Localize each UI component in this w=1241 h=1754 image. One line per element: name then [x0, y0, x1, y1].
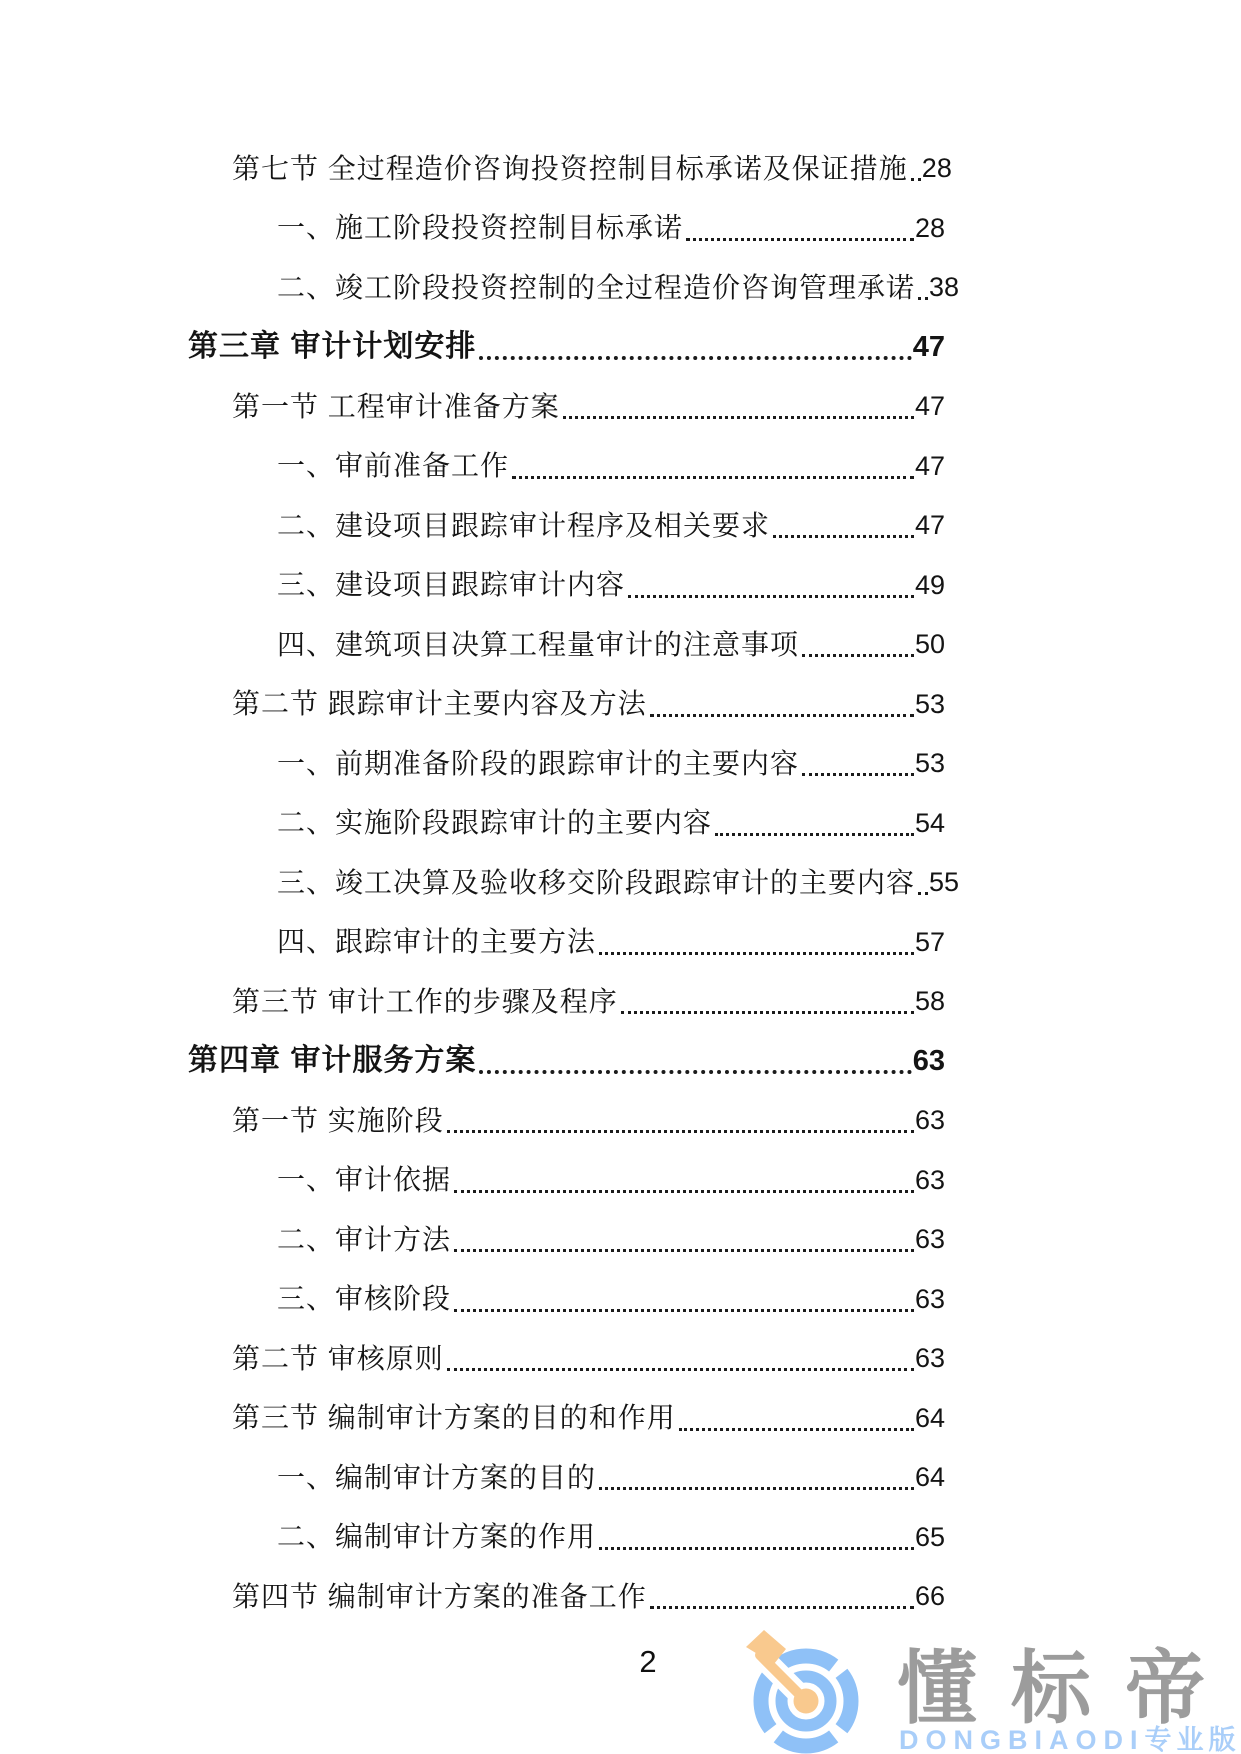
toc-entry[interactable]: 二、竣工阶段投资控制的全过程造价咨询管理承诺 38 — [188, 258, 945, 318]
toc-entry-page: 54 — [915, 810, 945, 837]
toc-entry-page: 57 — [915, 929, 945, 956]
toc-entry-page: 49 — [915, 572, 945, 599]
page-number: 2 — [628, 1644, 668, 1680]
toc-entry-page: 47 — [913, 333, 945, 362]
toc-entry-title: 一、施工阶段投资控制目标承诺 — [277, 214, 683, 242]
dot-leader — [911, 178, 921, 181]
brand-subtitle: DONGBIAODI专业版 — [899, 1727, 1241, 1754]
dot-leader — [650, 1606, 914, 1609]
toc-entry[interactable]: 三、建设项目跟踪审计内容 49 — [188, 556, 945, 616]
brand-name: 懂标帝 — [897, 1649, 1239, 1729]
dot-leader — [599, 1487, 914, 1490]
toc-entry-title: 一、编制审计方案的目的 — [277, 1464, 596, 1492]
toc-entry-title: 第二节 跟踪审计主要内容及方法 — [232, 690, 647, 718]
toc-entry-page: 58 — [915, 988, 945, 1015]
toc-entry-page: 28 — [922, 155, 952, 182]
toc-entry-page: 63 — [915, 1345, 945, 1372]
toc-entry[interactable]: 一、编制审计方案的目的 64 — [188, 1448, 945, 1508]
toc-entry-title: 第三节 编制审计方案的目的和作用 — [232, 1404, 676, 1432]
dot-leader — [802, 654, 914, 657]
toc-entry-page: 47 — [915, 453, 945, 480]
dot-leader — [454, 1309, 914, 1312]
toc-entry[interactable]: 第一节 实施阶段 63 — [188, 1091, 945, 1151]
toc-entry-title: 三、竣工决算及验收移交阶段跟踪审计的主要内容 — [277, 869, 915, 897]
toc-entry[interactable]: 二、编制审计方案的作用 65 — [188, 1508, 945, 1568]
dot-leader — [802, 773, 914, 776]
toc-entry-page: 55 — [929, 869, 959, 896]
toc-entry[interactable]: 四、跟踪审计的主要方法 57 — [188, 913, 945, 973]
dot-leader — [479, 1070, 911, 1074]
toc-entry[interactable]: 第三章 审计计划安排 47 — [188, 318, 945, 378]
toc-entry-page: 50 — [915, 631, 945, 658]
toc-entry-page: 28 — [915, 215, 945, 242]
toc-entry-title: 二、实施阶段跟踪审计的主要内容 — [277, 809, 712, 837]
toc-entry-title: 第三节 审计工作的步骤及程序 — [232, 988, 618, 1016]
toc-entry-title: 第四章 审计服务方案 — [188, 1046, 476, 1076]
dot-leader — [454, 1190, 914, 1193]
toc-entry[interactable]: 第三节 编制审计方案的目的和作用 64 — [188, 1389, 945, 1449]
target-dart-icon — [744, 1628, 870, 1754]
toc-entry-title: 第一节 工程审计准备方案 — [232, 393, 560, 421]
toc-entry[interactable]: 第三节 审计工作的步骤及程序 58 — [188, 972, 945, 1032]
toc-entry[interactable]: 第一节 工程审计准备方案 47 — [188, 377, 945, 437]
dot-leader — [621, 1011, 914, 1014]
toc-entry-page: 65 — [915, 1524, 945, 1551]
toc-entry-title: 第一节 实施阶段 — [232, 1107, 444, 1135]
toc-entry-page: 64 — [915, 1464, 945, 1491]
toc-entry[interactable]: 四、建筑项目决算工程量审计的注意事项 50 — [188, 615, 945, 675]
dot-leader — [650, 714, 914, 717]
toc-entry-title: 四、建筑项目决算工程量审计的注意事项 — [277, 631, 799, 659]
dot-leader — [479, 356, 911, 360]
toc-entry-title: 一、审计依据 — [277, 1166, 451, 1194]
toc-entry-title: 四、跟踪审计的主要方法 — [277, 928, 596, 956]
document-page: 第七节 全过程造价咨询投资控制目标承诺及保证措施 28 一、施工阶段投资控制目标… — [0, 0, 1241, 1754]
toc-entry-title: 第七节 全过程造价咨询投资控制目标承诺及保证措施 — [232, 155, 908, 183]
dot-leader — [918, 297, 928, 300]
toc-entry[interactable]: 三、竣工决算及验收移交阶段跟踪审计的主要内容 55 — [188, 853, 945, 913]
dot-leader — [563, 416, 914, 419]
toc-entry-title: 第二节 审核原则 — [232, 1345, 444, 1373]
dot-leader — [599, 952, 914, 955]
toc-entry-page: 66 — [915, 1583, 945, 1610]
table-of-contents: 第七节 全过程造价咨询投资控制目标承诺及保证措施 28 一、施工阶段投资控制目标… — [188, 139, 945, 1627]
toc-entry-page: 53 — [915, 691, 945, 718]
dot-leader — [512, 476, 914, 479]
toc-entry-page: 63 — [915, 1107, 945, 1134]
toc-entry[interactable]: 一、审前准备工作 47 — [188, 437, 945, 497]
brand-latin: DONGBIAODI — [899, 1725, 1145, 1754]
toc-entry-title: 三、建设项目跟踪审计内容 — [277, 571, 625, 599]
toc-entry[interactable]: 二、审计方法 63 — [188, 1210, 945, 1270]
toc-entry[interactable]: 三、审核阶段 63 — [188, 1270, 945, 1330]
toc-entry[interactable]: 第四章 审计服务方案 63 — [188, 1032, 945, 1092]
dot-leader — [447, 1130, 914, 1133]
dot-leader — [686, 238, 914, 241]
toc-entry-page: 47 — [915, 512, 945, 539]
toc-entry[interactable]: 一、审计依据 63 — [188, 1151, 945, 1211]
toc-entry-page: 63 — [915, 1286, 945, 1313]
toc-entry-page: 38 — [929, 274, 959, 301]
toc-entry[interactable]: 二、建设项目跟踪审计程序及相关要求 47 — [188, 496, 945, 556]
toc-entry-title: 二、编制审计方案的作用 — [277, 1523, 596, 1551]
toc-entry-page: 63 — [915, 1226, 945, 1253]
toc-entry[interactable]: 一、施工阶段投资控制目标承诺 28 — [188, 199, 945, 259]
toc-entry[interactable]: 二、实施阶段跟踪审计的主要内容 54 — [188, 794, 945, 854]
toc-entry-page: 64 — [915, 1405, 945, 1432]
toc-entry-title: 二、竣工阶段投资控制的全过程造价咨询管理承诺 — [277, 274, 915, 302]
toc-entry[interactable]: 第七节 全过程造价咨询投资控制目标承诺及保证措施 28 — [188, 139, 945, 199]
toc-entry-page: 63 — [915, 1167, 945, 1194]
toc-entry[interactable]: 第二节 审核原则 63 — [188, 1329, 945, 1389]
brand-edition: 专业版 — [1145, 1725, 1241, 1754]
toc-entry-title: 第三章 审计计划安排 — [188, 332, 476, 362]
toc-entry-page: 47 — [915, 393, 945, 420]
toc-entry-title: 二、建设项目跟踪审计程序及相关要求 — [277, 512, 770, 540]
toc-entry-title: 一、审前准备工作 — [277, 452, 509, 480]
toc-entry[interactable]: 一、前期准备阶段的跟踪审计的主要内容 53 — [188, 734, 945, 794]
toc-entry-title: 二、审计方法 — [277, 1226, 451, 1254]
dot-leader — [773, 535, 914, 538]
dot-leader — [447, 1368, 914, 1371]
toc-entry-title: 一、前期准备阶段的跟踪审计的主要内容 — [277, 750, 799, 778]
toc-entry[interactable]: 第四节 编制审计方案的准备工作 66 — [188, 1567, 945, 1627]
dot-leader — [628, 595, 914, 598]
dot-leader — [454, 1249, 914, 1252]
toc-entry[interactable]: 第二节 跟踪审计主要内容及方法 53 — [188, 675, 945, 735]
dot-leader — [715, 833, 914, 836]
dot-leader — [679, 1428, 914, 1431]
toc-entry-title: 第四节 编制审计方案的准备工作 — [232, 1583, 647, 1611]
dot-leader — [918, 892, 928, 895]
toc-entry-page: 53 — [915, 750, 945, 777]
dot-leader — [599, 1547, 914, 1550]
toc-entry-page: 63 — [913, 1047, 945, 1076]
toc-entry-title: 三、审核阶段 — [277, 1285, 451, 1313]
